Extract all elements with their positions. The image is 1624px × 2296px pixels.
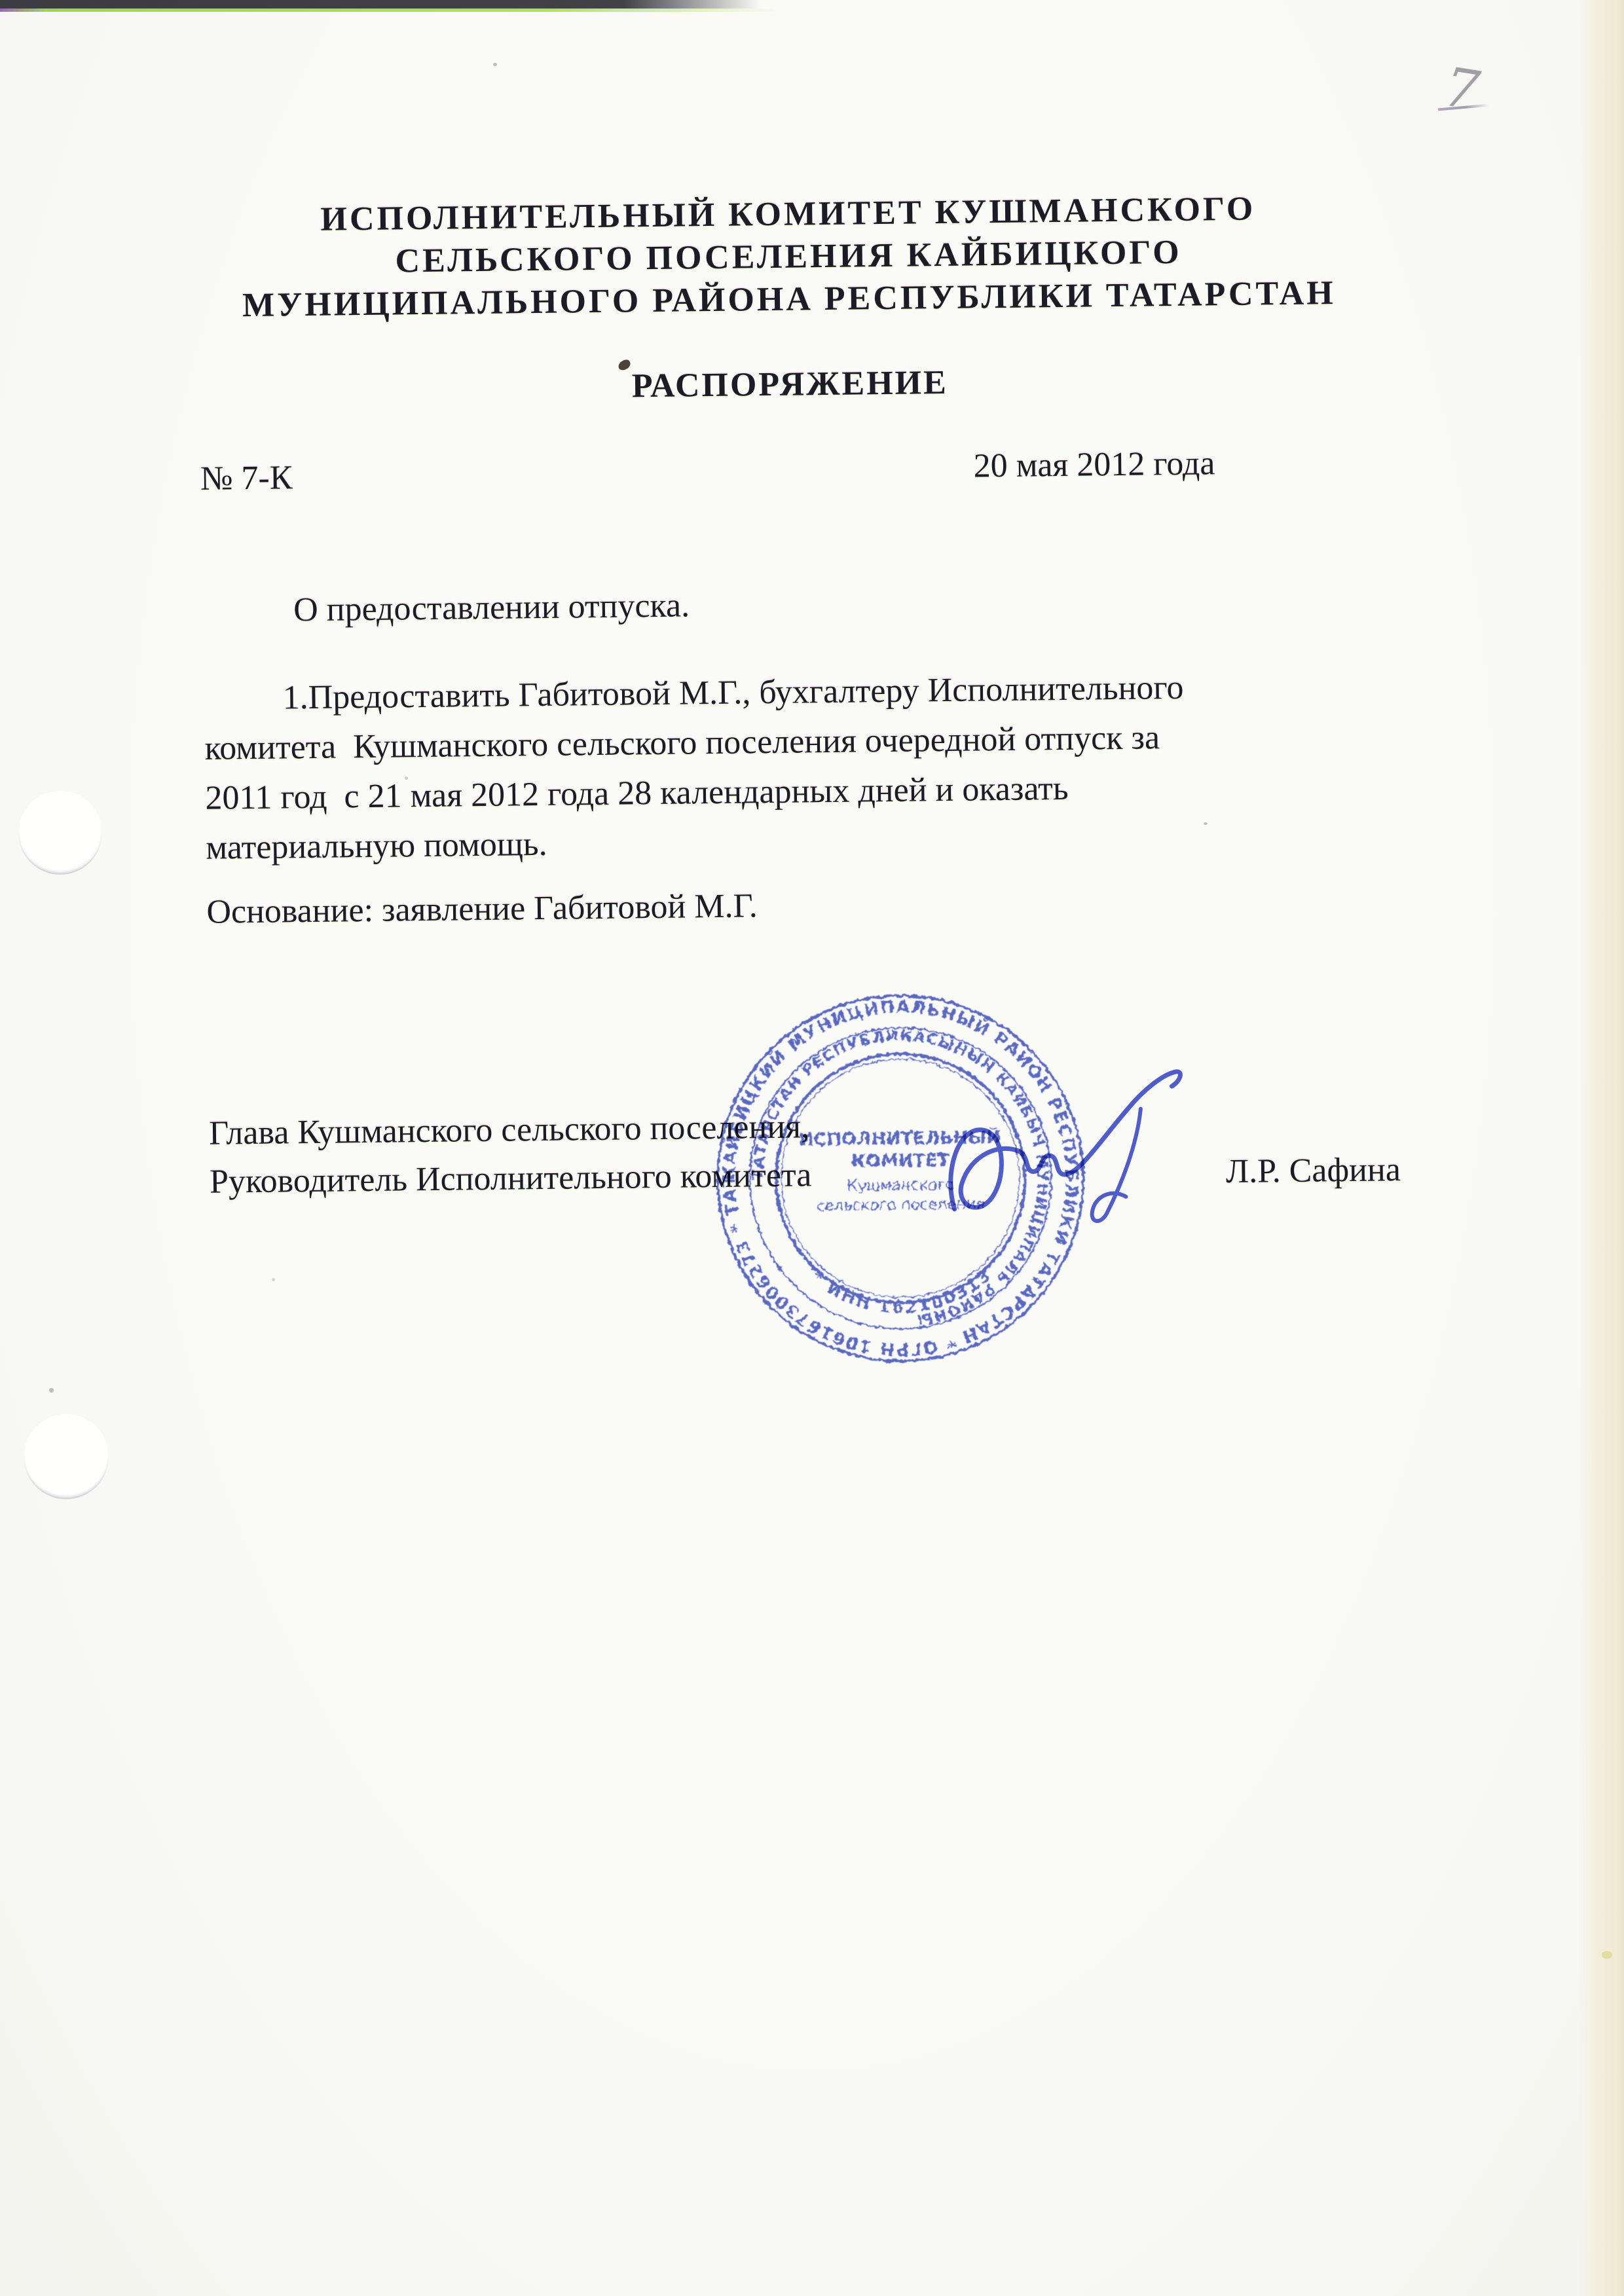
doc-subject: О предоставлении отпуска. bbox=[293, 589, 690, 627]
document-content: ИСПОЛНИТЕЛЬНЫЙ КОМИТЕТ КУШМАНСКОГО СЕЛЬС… bbox=[0, 0, 1624, 2296]
doc-basis: Основание: заявление Габитовой М.Г. bbox=[206, 889, 758, 930]
doc-number: № 7-К bbox=[200, 461, 293, 496]
signature bbox=[912, 1044, 1216, 1263]
doc-date: 20 мая 2012 года bbox=[973, 446, 1215, 483]
signer-name: Л.Р. Сафина bbox=[1226, 1153, 1401, 1189]
signature-main-stroke bbox=[950, 1072, 1182, 1209]
doc-type-title: РАСПОРЯЖЕНИЕ bbox=[115, 360, 1464, 409]
org-header-line-3: МУНИЦИПАЛЬНОГО РАЙОНА РЕСПУБЛИКИ ТАТАРСТ… bbox=[115, 275, 1464, 324]
org-header-line-1: ИСПОЛНИТЕЛЬНЫЙ КОМИТЕТ КУШМАНСКОГО bbox=[113, 190, 1462, 239]
scanned-document-page: 7 ИСПОЛНИТЕЛЬНЫЙ КОМИТЕТ КУШМАНСКОГО СЕЛ… bbox=[0, 0, 1624, 2296]
org-header-line-2: СЕЛЬСКОГО ПОСЕЛЕНИЯ КАЙБИЦКОГО bbox=[114, 232, 1463, 282]
doc-body-paragraph: 1.Предоставить Габитовой М.Г., бухгалтер… bbox=[204, 661, 1397, 873]
